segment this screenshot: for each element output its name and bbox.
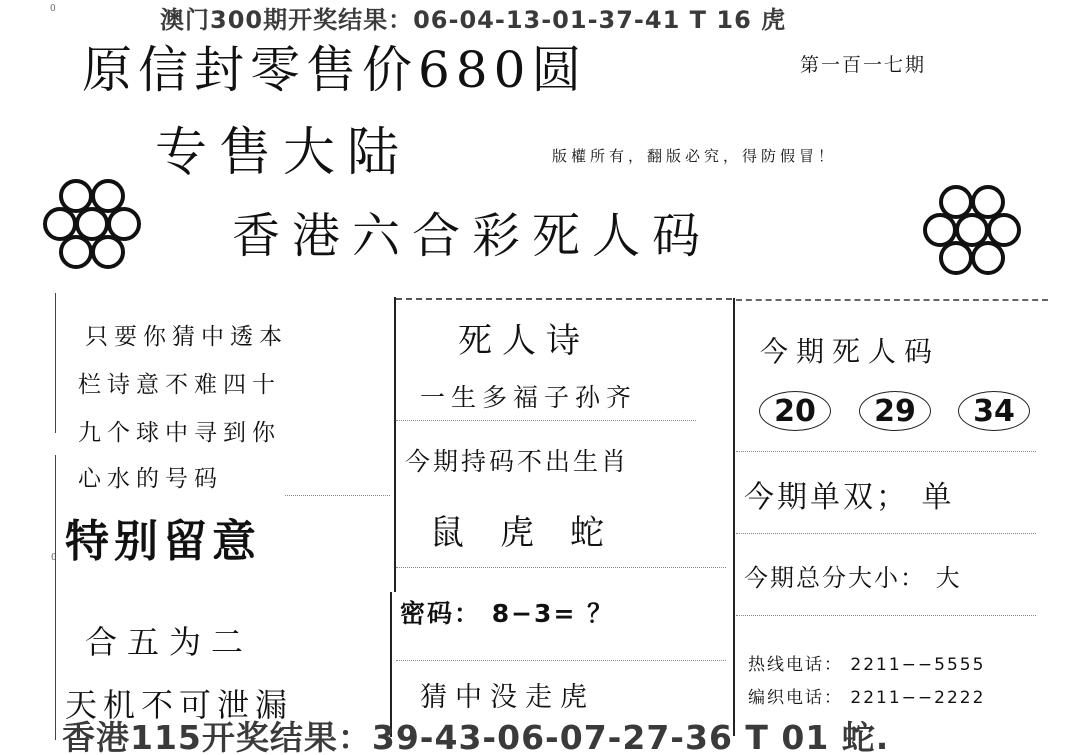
guess-text: 猜中没走虎 — [420, 675, 595, 714]
editor-phone: 编织电话： 2211−−2222 — [748, 683, 985, 708]
hk-draw-result: 香港115开奖结果：39-43-06-07-27-36 T 01 蛇. — [62, 712, 889, 755]
row-divider — [736, 299, 1048, 301]
row-divider — [396, 298, 732, 300]
intro-text-line: 九个球中寻到你 — [78, 414, 281, 447]
hint-text: 合五为二 — [85, 617, 253, 663]
intro-text-line: 只要你猜中透本 — [85, 318, 288, 351]
special-note-heading: 特别留意 — [65, 505, 261, 569]
intro-text-line: 心水的号码 — [78, 460, 223, 493]
row-divider — [285, 495, 390, 496]
number-ball: 29 — [859, 391, 931, 431]
column-divider — [55, 293, 56, 433]
scan-mark: 0 — [50, 4, 56, 14]
code-text: 密码： 8−3= ？ — [400, 594, 614, 630]
zodiac-list: 鼠虎蛇 — [430, 505, 640, 554]
row-divider — [396, 567, 726, 568]
intro-text-line: 栏诗意不难四十 — [78, 366, 281, 399]
dead-numbers-title: 今期死人码 — [760, 330, 940, 370]
copyright-notice: 版權所有，翻版必究，得防假冒！ — [552, 145, 837, 166]
flower-ornament-icon — [40, 172, 144, 276]
odd-even-text: 今期单双； 单 — [744, 472, 955, 516]
number-ball: 20 — [759, 391, 831, 431]
number-ball: 34 — [958, 391, 1030, 431]
column-divider — [55, 455, 56, 740]
row-divider — [396, 660, 726, 661]
poem-line: 一生多福子孙齐 — [420, 378, 637, 414]
hotline-phone: 热线电话： 2211−−5555 — [748, 650, 985, 675]
price-title: 原信封零售价680圆 — [82, 30, 587, 102]
main-title: 香港六合彩死人码 — [232, 197, 712, 266]
row-divider — [736, 451, 1036, 452]
column-divider — [394, 297, 396, 592]
issue-number: 第一百一七期 — [800, 50, 926, 77]
row-divider — [736, 615, 1036, 616]
sale-region-heading: 专售大陆 — [155, 110, 411, 185]
column-divider — [733, 298, 735, 736]
row-divider — [396, 420, 696, 421]
row-divider — [736, 533, 1036, 534]
flower-ornament-icon — [920, 178, 1024, 282]
poem-line: 今期持码不出生肖 — [405, 442, 629, 478]
poem-title: 死人诗 — [458, 313, 590, 362]
big-small-text: 今期总分大小： 大 — [744, 558, 962, 593]
